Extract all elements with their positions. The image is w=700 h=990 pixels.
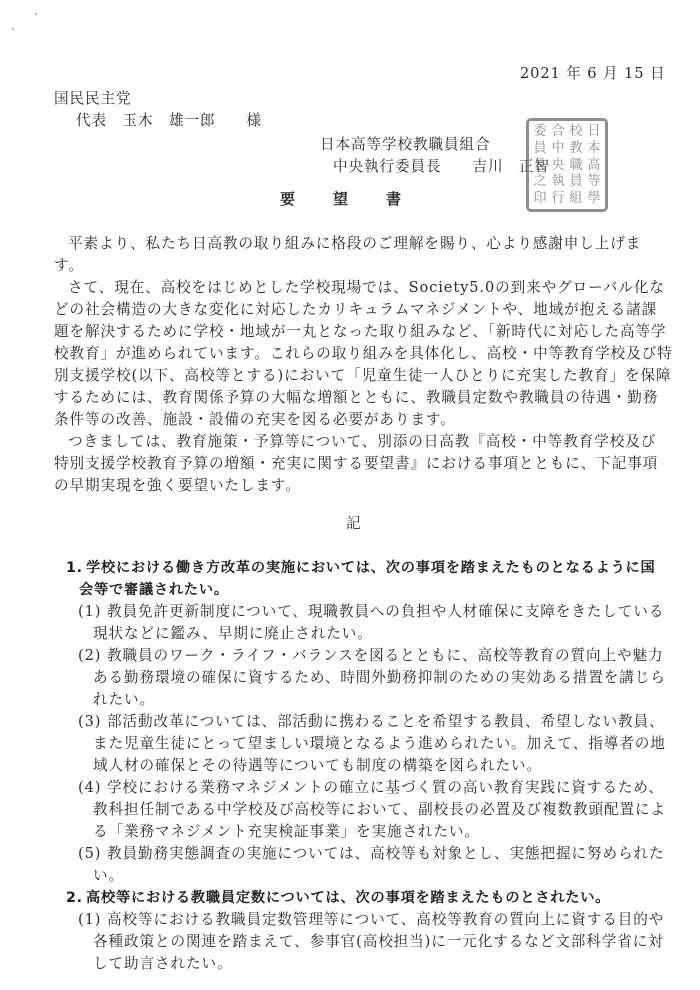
paragraph-line: するためには、教育関係予算の大幅な増額とともに、教職員定数や教職員の待遇・勤務 bbox=[54, 387, 658, 409]
recipient-name: 代表 玉木 雄一郎 様 bbox=[76, 110, 262, 132]
seal-character: 校 bbox=[567, 123, 585, 141]
item-label: (4) bbox=[78, 777, 101, 799]
paragraph-line: どの社会構造の大きな変化に対応したカリキュラムマネジメントや、地域が抱える諸課 bbox=[54, 299, 657, 321]
item-line: れたい。 bbox=[93, 689, 155, 711]
seal-character: 職 bbox=[567, 156, 585, 174]
title-char: 書 bbox=[386, 188, 401, 209]
paragraph-line: 条件等の改善、施設・設備の充実を図る必要があります。 bbox=[54, 409, 456, 431]
section-heading-line: 学校における働き方改革の実施においては、次の事項を踏まえたものとなるように国 bbox=[86, 557, 656, 579]
title-char: 望 bbox=[333, 188, 348, 209]
scan-speck bbox=[35, 13, 37, 15]
seal-character: 中 bbox=[549, 139, 567, 157]
seal-character: 央 bbox=[549, 156, 567, 174]
paragraph-line: 特別支援学校教育予算の増額・充実に関する要望書』における事項とともに、下記事項 bbox=[54, 453, 658, 475]
item-line: 各種政策との関連を踏まえて、参事官(高校担当)に一元化するなど文部科学省に対 bbox=[93, 931, 664, 953]
paragraph-line: さて、現在、高校をはじめとした学校現場では、Society5.0の到来やグローバ… bbox=[68, 277, 665, 299]
item-line: 現状などに鑑み、早期に廃止されたい。 bbox=[93, 623, 373, 645]
item-label: (3) bbox=[78, 711, 101, 733]
section-heading-line: 高校等における教職員定数については、次の事項を踏まえたものとされたい。 bbox=[86, 887, 610, 909]
seal-character: 執 bbox=[549, 173, 567, 191]
item-line: 教科担任制である中学校及び高校等において、副校長の必置及び複数教頭配置によ bbox=[93, 799, 666, 821]
item-line: 高校等における教職員定数管理等について、高校等教育の質向上に資する目的や bbox=[107, 909, 664, 931]
item-label: (2) bbox=[78, 645, 101, 667]
item-line: して助言されたい。 bbox=[93, 953, 232, 975]
seal-character: 組 bbox=[567, 190, 585, 208]
paragraph-line: つきましては、教育施策・予算等について、別添の日高教『高校・中等教育学校及び bbox=[68, 431, 656, 453]
seal-character: 高 bbox=[585, 156, 603, 174]
seal-character: 委 bbox=[531, 123, 549, 141]
seal-character: 員 bbox=[531, 139, 549, 157]
item-line: 部活動改革については、部活動に携わることを希望する教員、希望しない教員、 bbox=[107, 711, 665, 733]
paragraph-line: 別支援学校(以下、高校等とする)において「児童生徒一人ひとりに充実した教育」を保… bbox=[54, 365, 671, 387]
item-line: ある勤務環境の確保に資するため、時間外勤務抑制のための実効ある措置を講じら bbox=[93, 667, 666, 689]
paragraph-line: す。 bbox=[54, 255, 84, 277]
section-number: 2. bbox=[66, 887, 83, 909]
recipient-organization: 国民民主党 bbox=[54, 88, 131, 110]
item-line: 学校における業務マネジメントの確立に基づく質の高い教育実践に資するため、 bbox=[107, 777, 664, 799]
paragraph-line: 校教育」が進められています。これらの取り組みを具体化し、高校・中等教育学校及び特 bbox=[54, 343, 673, 365]
item-line: 教員免許更新制度について、現職教員への負担や人材確保に支障をきたしている bbox=[107, 601, 664, 623]
item-line: い。 bbox=[93, 865, 124, 887]
seal-character: 行 bbox=[549, 190, 567, 208]
section-heading-line: 会等で審議されたい。 bbox=[79, 579, 229, 601]
seal-character: 之 bbox=[531, 173, 549, 191]
paragraph-line: 平素より、私たち日高教の取り組みに格段のご理解を賜り、心より感謝申し上げま bbox=[68, 233, 641, 255]
scan-speck bbox=[12, 28, 14, 30]
seal-character: 長 bbox=[531, 156, 549, 174]
seal-character: 本 bbox=[585, 139, 603, 157]
section-number: 1. bbox=[66, 557, 83, 579]
item-label: (1) bbox=[78, 601, 101, 623]
document-date: 2021 年 6 月 15 日 bbox=[520, 63, 665, 85]
document-title: 要望書 bbox=[280, 188, 439, 209]
item-line: 教員勤務実態調査の実施については、高校等も対象とし、実態把握に努められた bbox=[107, 843, 665, 865]
seal-character: 教 bbox=[567, 139, 585, 157]
paragraph-line: 題を解決するために学校・地域が一丸となった取り組みなど、「新時代に対応した高等学 bbox=[54, 321, 666, 343]
item-line: る「業務マネジメント充実検証事業」を実施されたい。 bbox=[93, 821, 480, 843]
item-label: (5) bbox=[78, 843, 101, 865]
seal-character: 員 bbox=[567, 173, 585, 191]
paragraph-line: の早期実現を強く要望いたします。 bbox=[54, 475, 301, 497]
sender-organization: 日本高等学校教職員組合 bbox=[320, 134, 490, 156]
item-line: 域人材の確保とその待遇等についても制度の構築を図られたい。 bbox=[93, 755, 542, 777]
seal-character: 合 bbox=[549, 123, 567, 141]
item-label: (1) bbox=[78, 909, 101, 931]
item-line: また児童生徒にとって望ましい環境となるよう進められたい。加えて、指導者の地 bbox=[93, 733, 666, 755]
ki-marker: 記 bbox=[346, 513, 362, 535]
seal-character: 等 bbox=[585, 173, 603, 191]
item-line: 教職員のワーク・ライフ・バランスを図るとともに、高校等教育の質向上や魅力 bbox=[107, 645, 663, 667]
title-char: 要 bbox=[280, 188, 295, 209]
seal-character: 日 bbox=[585, 123, 603, 141]
seal-character: 學 bbox=[585, 190, 603, 208]
seal-character: 印 bbox=[531, 190, 549, 208]
official-seal-stamp: 委員長之印合中央執行校教職員組日本高等學 bbox=[526, 118, 608, 212]
sender-title-name: 中央執行委員長 吉川 正智 bbox=[333, 156, 550, 178]
